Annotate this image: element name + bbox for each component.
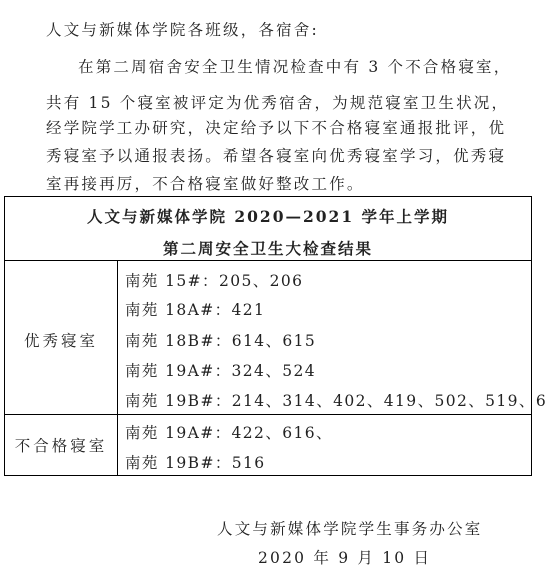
table-entry: 南苑 19B#：214、314、402、419、502、519、613、620	[125, 389, 549, 411]
inspection-results-table: 人文与新媒体学院 2020—2021 学年上学期 第二周安全卫生大检查结果 优秀…	[4, 196, 532, 476]
signature-office: 人文与新媒体学院学生事务办公室	[217, 517, 483, 539]
notice-body-line: 室再接再厉，不合格寝室做好整改工作。	[46, 172, 365, 194]
notice-body-line: 在第二周宿舍安全卫生情况检查中有 3 个不合格寝室，	[78, 55, 511, 77]
table-entry: 南苑 18B#：614、615	[125, 329, 316, 351]
table-entry: 南苑 19A#：422、616、	[125, 421, 333, 443]
table-entry: 南苑 19A#：324、524	[125, 359, 316, 381]
signature-date: 2020 年 9 月 10 日	[258, 546, 431, 568]
notice-body-line: 秀寝室予以通报表扬。希望各寝室向优秀寝室学习，优秀寝	[46, 144, 506, 166]
column-divider	[117, 260, 118, 475]
section-divider	[5, 414, 531, 415]
category-unqualified: 不合格寝室	[5, 434, 117, 456]
notice-body-line: 经学院学工办研究，决定给予以下不合格寝室通报批评，优	[46, 116, 506, 138]
table-entry: 南苑 18A#：421	[125, 298, 265, 320]
notice-salutation: 人文与新媒体学院各班级，各宿舍:	[46, 18, 319, 40]
table-title-line2: 第二周安全卫生大检查结果	[5, 237, 531, 259]
table-entry: 南苑 15#：205、206	[125, 269, 303, 291]
table-title-line1: 人文与新媒体学院 2020—2021 学年上学期	[5, 205, 531, 227]
table-header-row: 人文与新媒体学院 2020—2021 学年上学期 第二周安全卫生大检查结果	[5, 197, 531, 261]
notice-body-line: 共有 15 个寝室被评定为优秀宿舍，为规范寝室卫生状况，	[46, 91, 509, 113]
table-entry: 南苑 19B#：516	[125, 451, 266, 473]
category-excellent: 优秀寝室	[5, 329, 117, 351]
